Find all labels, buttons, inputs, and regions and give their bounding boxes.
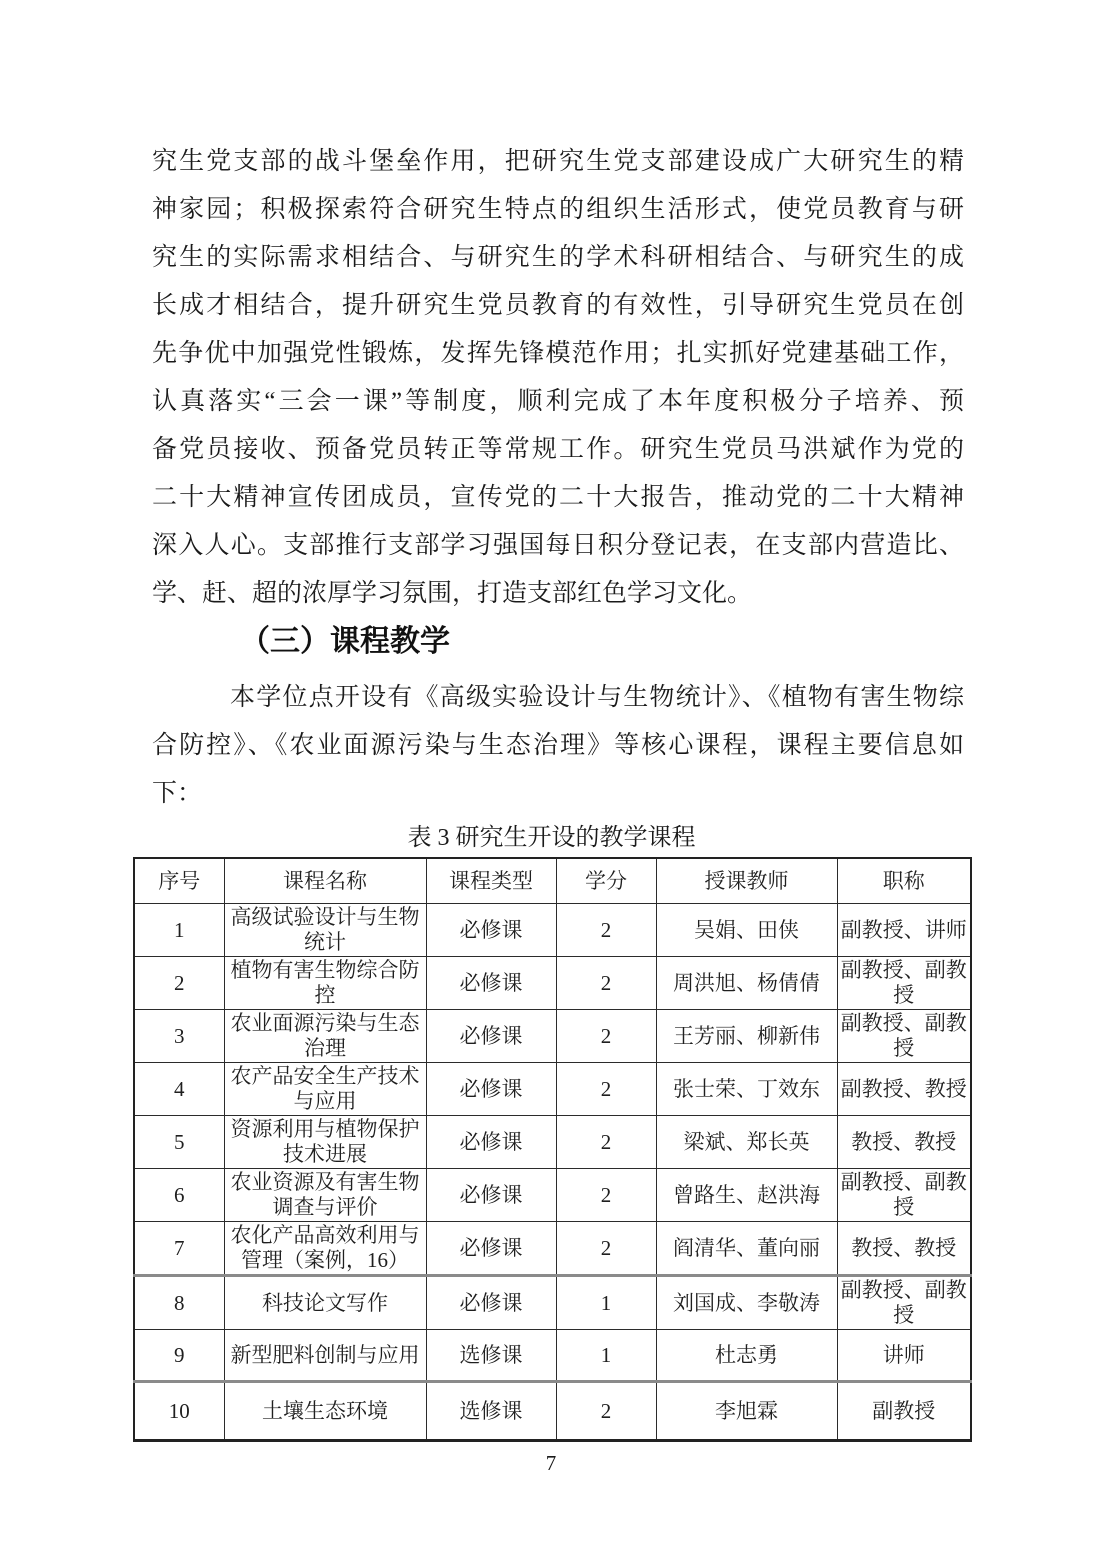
- cell-index: 8: [134, 1276, 224, 1330]
- cell-teachers: 王芳丽、柳新伟: [656, 1010, 837, 1063]
- table-row: 9 新型肥料创制与应用 选修课 1 杜志勇 讲师: [134, 1330, 971, 1382]
- table-caption: 表 3 研究生开设的教学课程: [133, 821, 970, 855]
- cell-index: 3: [134, 1010, 224, 1063]
- cell-course-type: 必修课: [426, 1169, 556, 1222]
- cell-titles: 副教授、副教授: [837, 957, 971, 1010]
- cell-course-type: 必修课: [426, 1116, 556, 1169]
- document-page: 究生党支部的战斗堡垒作用，把研究生党支部建设成广大研究生的精神家园；积极探索符合…: [0, 0, 1102, 1559]
- cell-course-name: 科技论文写作: [224, 1276, 426, 1330]
- cell-teachers: 张士荣、丁效东: [656, 1063, 837, 1116]
- text-line: 究生党支部的战斗堡垒作用，把研究生党支部建设成广大研究生的精: [152, 138, 964, 186]
- table-row: 6 农业资源及有害生物调查与评价 必修课 2 曾路生、赵洪海 副教授、副教授: [134, 1169, 971, 1222]
- cell-course-name: 高级试验设计与生物统计: [224, 904, 426, 957]
- cell-titles: 讲师: [837, 1330, 971, 1382]
- cell-course-name: 土壤生态环境: [224, 1382, 426, 1441]
- cell-course-type: 必修课: [426, 904, 556, 957]
- cell-course-type: 选修课: [426, 1330, 556, 1382]
- cell-teachers: 梁斌、郑长英: [656, 1116, 837, 1169]
- cell-credits: 2: [556, 1382, 656, 1441]
- paragraph-party-branch: 究生党支部的战斗堡垒作用，把研究生党支部建设成广大研究生的精神家园；积极探索符合…: [152, 138, 964, 618]
- cell-course-name: 农化产品高效利用与管理（案例，16）: [224, 1222, 426, 1276]
- cell-course-name: 农业面源污染与生态治理: [224, 1010, 426, 1063]
- cell-titles: 教授、教授: [837, 1116, 971, 1169]
- cell-course-type: 必修课: [426, 1276, 556, 1330]
- cell-titles: 副教授、教授: [837, 1063, 971, 1116]
- cell-course-name: 农产品安全生产技术与应用: [224, 1063, 426, 1116]
- cell-credits: 2: [556, 1169, 656, 1222]
- table-header-row: 序号课程名称课程类型学分授课教师职称: [134, 858, 971, 904]
- cell-titles: 副教授、讲师: [837, 904, 971, 957]
- table-row: 7 农化产品高效利用与管理（案例，16） 必修课 2 阎清华、董向丽 教授、教授: [134, 1222, 971, 1276]
- text-block: 究生党支部的战斗堡垒作用，把研究生党支部建设成广大研究生的精神家园；积极探索符合…: [152, 0, 964, 818]
- cell-index: 9: [134, 1330, 224, 1382]
- cell-index: 6: [134, 1169, 224, 1222]
- table-row: 4 农产品安全生产技术与应用 必修课 2 张士荣、丁效东 副教授、教授: [134, 1063, 971, 1116]
- cell-course-type: 必修课: [426, 1222, 556, 1276]
- table-row: 8 科技论文写作 必修课 1 刘国成、李敬涛 副教授、副教授: [134, 1276, 971, 1330]
- cell-index: 4: [134, 1063, 224, 1116]
- text-line: 神家园；积极探索符合研究生特点的组织生活形式，使党员教育与研: [152, 186, 964, 234]
- text-line: 认真落实“三会一课”等制度，顺利完成了本年度积极分子培养、预: [152, 378, 964, 426]
- cell-course-type: 选修课: [426, 1382, 556, 1441]
- cell-credits: 2: [556, 1063, 656, 1116]
- cell-index: 10: [134, 1382, 224, 1441]
- cell-course-name: 资源利用与植物保护技术进展: [224, 1116, 426, 1169]
- cell-teachers: 阎清华、董向丽: [656, 1222, 837, 1276]
- cell-credits: 2: [556, 1116, 656, 1169]
- table-header-cell: 学分: [556, 858, 656, 904]
- cell-titles: 副教授、副教授: [837, 1276, 971, 1330]
- cell-credits: 2: [556, 1010, 656, 1063]
- paragraph-courses-intro: 本学位点开设有《高级实验设计与生物统计》、《植物有害生物综合防控》、《农业面源污…: [152, 674, 964, 818]
- cell-course-name: 农业资源及有害生物调查与评价: [224, 1169, 426, 1222]
- table-row: 3 农业面源污染与生态治理 必修课 2 王芳丽、柳新伟 副教授、副教授: [134, 1010, 971, 1063]
- table-row: 1 高级试验设计与生物统计 必修课 2 吴娟、田侠 副教授、讲师: [134, 904, 971, 957]
- text-line: 合防控》、《农业面源污染与生态治理》等核心课程，课程主要信息如: [152, 722, 964, 770]
- cell-index: 5: [134, 1116, 224, 1169]
- text-line: 究生的实际需求相结合、与研究生的学术科研相结合、与研究生的成: [152, 234, 964, 282]
- course-table: 序号课程名称课程类型学分授课教师职称 1 高级试验设计与生物统计 必修课 2 吴…: [133, 857, 972, 1442]
- cell-course-type: 必修课: [426, 1063, 556, 1116]
- cell-credits: 1: [556, 1330, 656, 1382]
- table-header-cell: 授课教师: [656, 858, 837, 904]
- cell-course-name: 植物有害生物综合防控: [224, 957, 426, 1010]
- table-header-cell: 课程类型: [426, 858, 556, 904]
- cell-titles: 副教授、副教授: [837, 1169, 971, 1222]
- cell-titles: 副教授: [837, 1382, 971, 1441]
- cell-course-type: 必修课: [426, 957, 556, 1010]
- text-line: 先争优中加强党性锻炼，发挥先锋模范作用；扎实抓好党建基础工作，: [152, 330, 964, 378]
- cell-teachers: 李旭霖: [656, 1382, 837, 1441]
- text-line: 本学位点开设有《高级实验设计与生物统计》、《植物有害生物综: [152, 674, 964, 722]
- cell-index: 1: [134, 904, 224, 957]
- cell-credits: 2: [556, 1222, 656, 1276]
- table-header-cell: 序号: [134, 858, 224, 904]
- cell-course-type: 必修课: [426, 1010, 556, 1063]
- table-header-cell: 职称: [837, 858, 971, 904]
- cell-teachers: 杜志勇: [656, 1330, 837, 1382]
- text-line: 二十大精神宣传团成员，宣传党的二十大报告，推动党的二十大精神: [152, 474, 964, 522]
- cell-credits: 1: [556, 1276, 656, 1330]
- table-header-cell: 课程名称: [224, 858, 426, 904]
- text-line: 学、赶、超的浓厚学习氛围，打造支部红色学习文化。: [152, 570, 964, 618]
- cell-titles: 副教授、副教授: [837, 1010, 971, 1063]
- cell-teachers: 曾路生、赵洪海: [656, 1169, 837, 1222]
- cell-teachers: 周洪旭、杨倩倩: [656, 957, 837, 1010]
- cell-credits: 2: [556, 957, 656, 1010]
- cell-index: 2: [134, 957, 224, 1010]
- text-line: 下：: [152, 770, 964, 818]
- cell-credits: 2: [556, 904, 656, 957]
- section-heading: （三）课程教学: [152, 618, 964, 666]
- text-line: 长成才相结合，提升研究生党员教育的有效性，引导研究生党员在创: [152, 282, 964, 330]
- cell-teachers: 吴娟、田侠: [656, 904, 837, 957]
- text-line: 备党员接收、预备党员转正等常规工作。研究生党员马洪斌作为党的: [152, 426, 964, 474]
- cell-titles: 教授、教授: [837, 1222, 971, 1276]
- table-row: 10 土壤生态环境 选修课 2 李旭霖 副教授: [134, 1382, 971, 1441]
- cell-course-name: 新型肥料创制与应用: [224, 1330, 426, 1382]
- page-number: 7: [0, 1451, 1102, 1476]
- cell-teachers: 刘国成、李敬涛: [656, 1276, 837, 1330]
- text-line: 深入人心。支部推行支部学习强国每日积分登记表，在支部内营造比、: [152, 522, 964, 570]
- cell-index: 7: [134, 1222, 224, 1276]
- table-row: 5 资源利用与植物保护技术进展 必修课 2 梁斌、郑长英 教授、教授: [134, 1116, 971, 1169]
- table-row: 2 植物有害生物综合防控 必修课 2 周洪旭、杨倩倩 副教授、副教授: [134, 957, 971, 1010]
